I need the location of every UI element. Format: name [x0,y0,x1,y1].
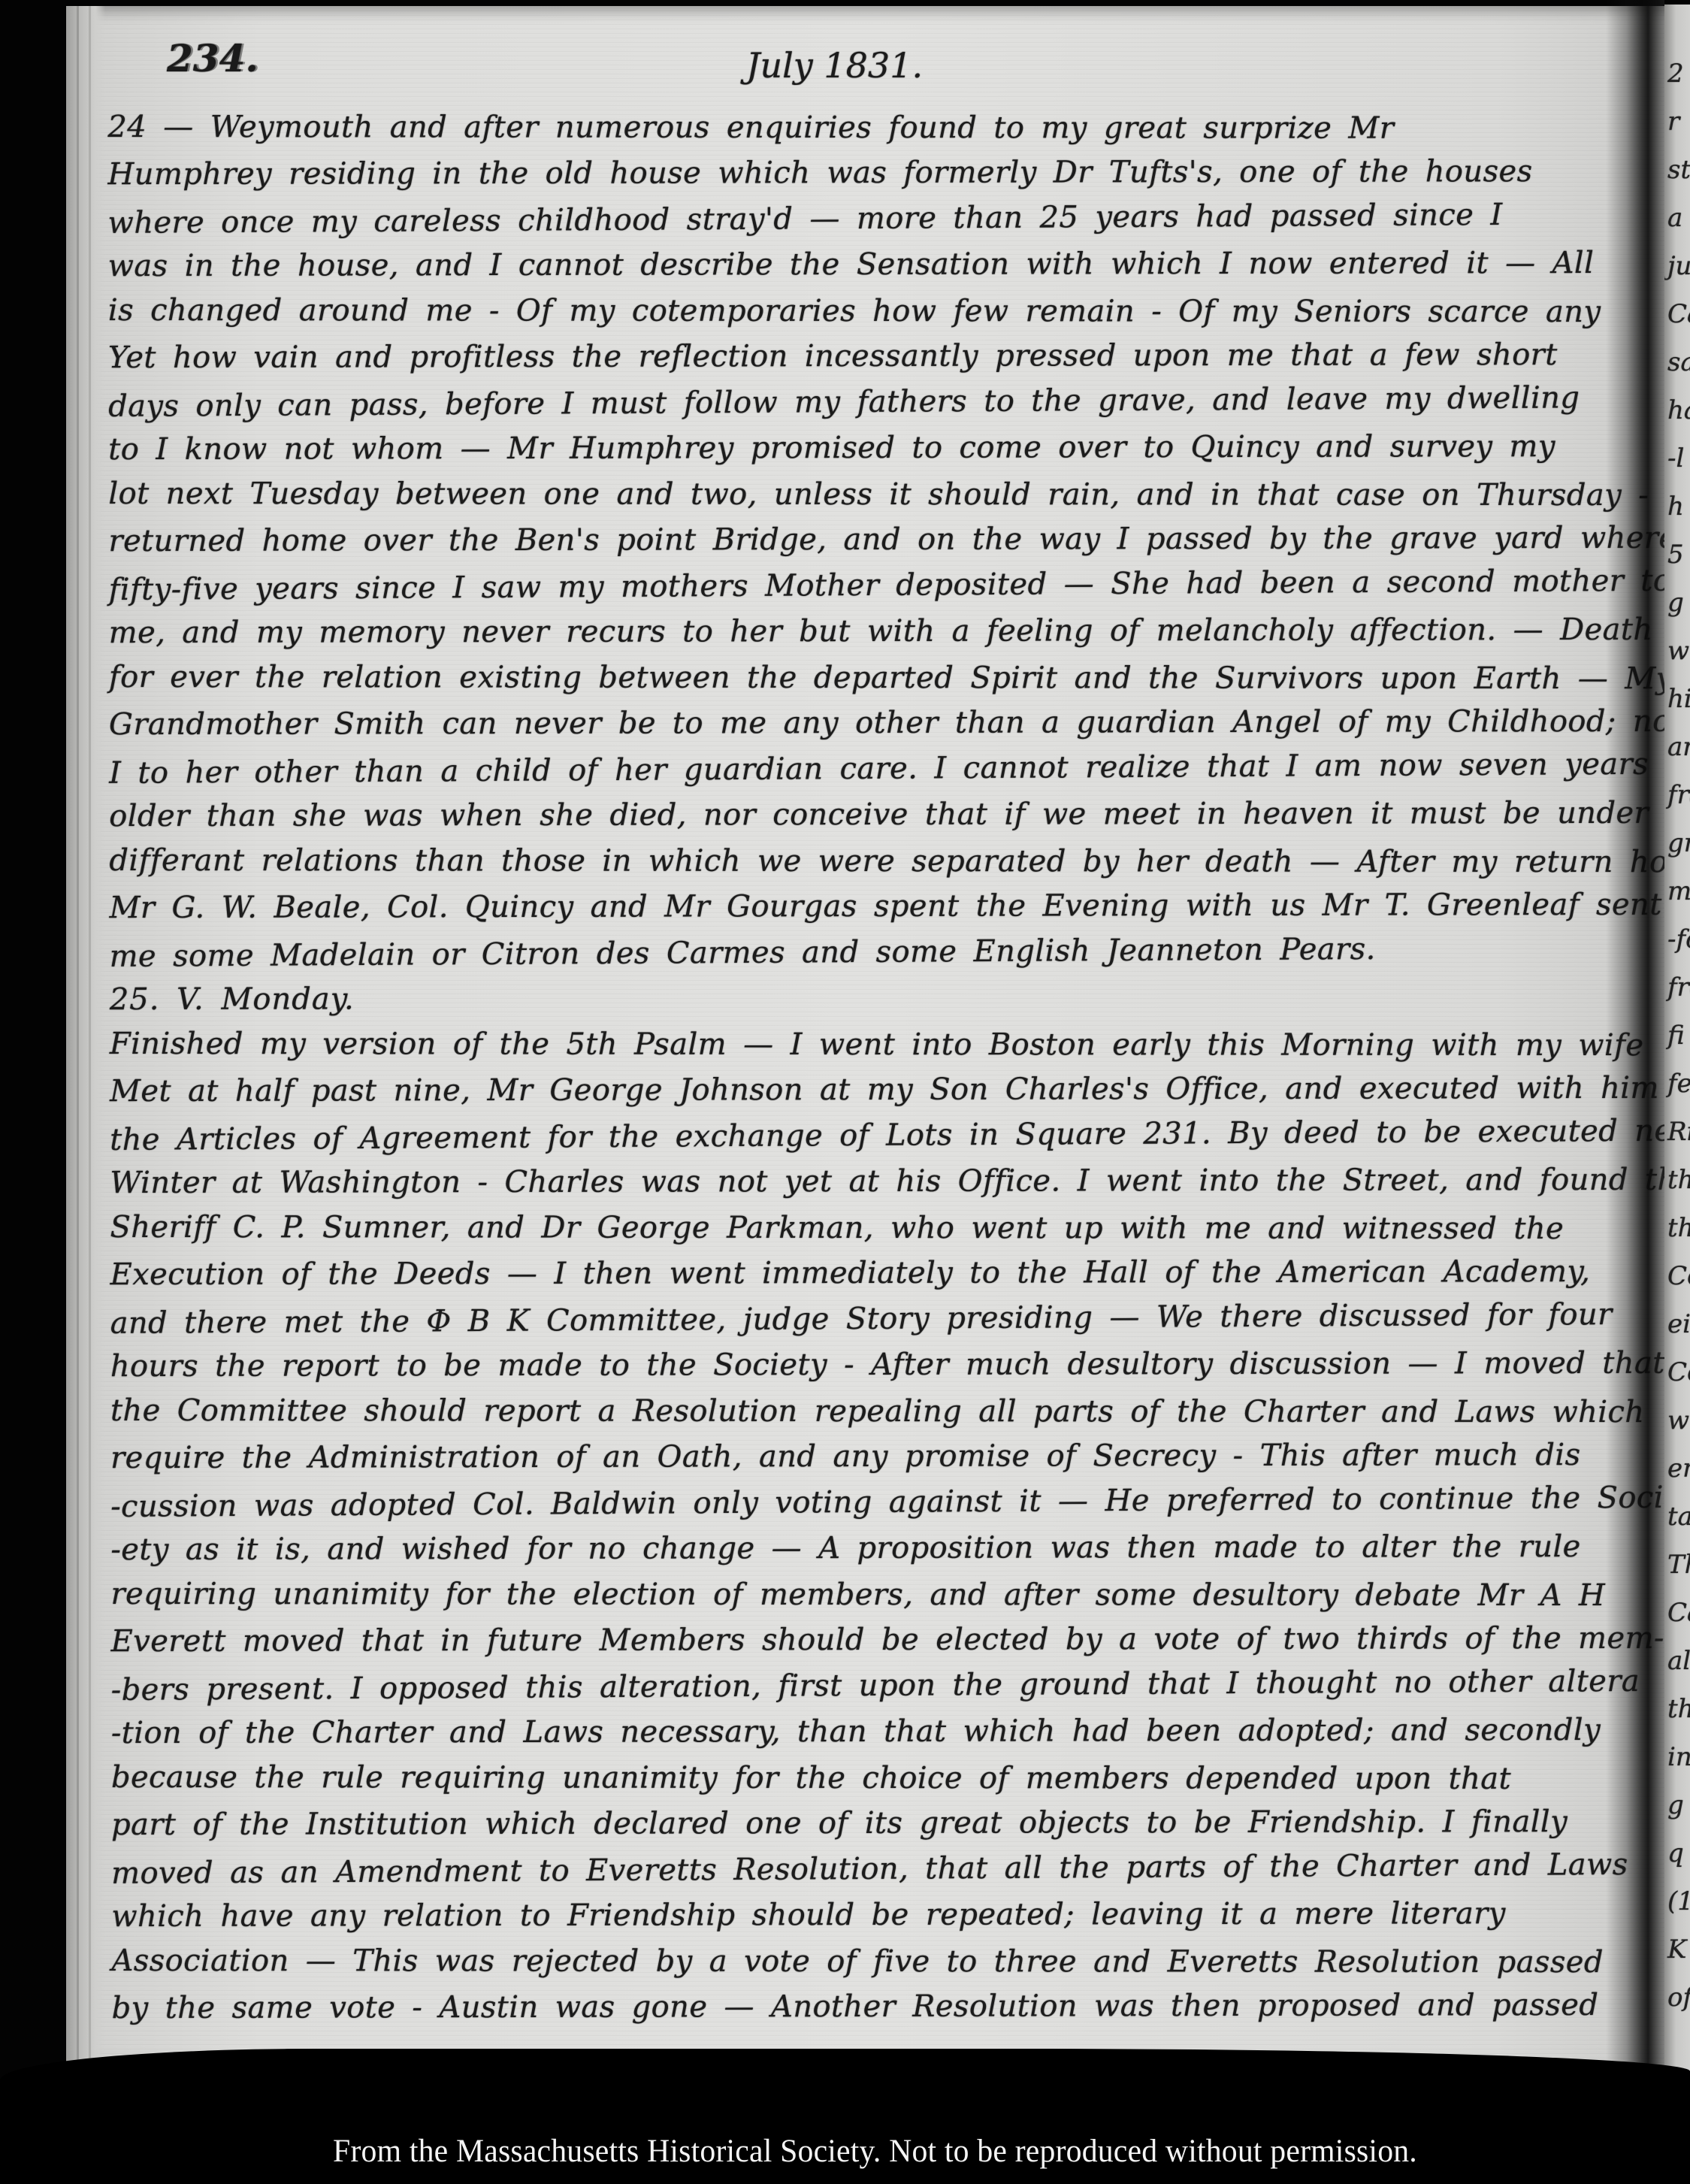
manuscript-line: hours the report to be made to the Socie… [110,1346,1613,1395]
facing-page-text-fragment: g [1667,1790,1690,1838]
facing-page-fragment-column: 2rstajuCasaha-lh5gwhianfragrma-fofrefife… [1667,59,1690,2031]
manuscript-line: by the same vote - Austin was gone — Ano… [112,1988,1615,2037]
manuscript-line: Finished my version of the 5th Psalm — I… [110,1027,1613,1074]
facing-page-text-fragment: g [1667,588,1690,636]
manuscript-line: part of the Institution which declared o… [111,1804,1614,1853]
manuscript-line: to I know not whom — Mr Humphrey promise… [108,429,1611,478]
manuscript-line: because the rule requiring unanimity for… [111,1760,1614,1807]
manuscript-line: lot next Tuesday between one and two, un… [108,476,1611,524]
manuscript-line: fifty-five years since I saw my mothers … [108,564,1611,619]
facing-page-text-fragment: -l [1667,443,1690,492]
manuscript-line: Everett moved that in future Members sho… [111,1621,1614,1670]
month-year-header: July 1831. [746,45,923,86]
facing-page-text-fragment: Co [1667,1357,1690,1405]
facing-page-text-fragment: fi [1667,1021,1690,1069]
facing-page-text-fragment: an [1667,732,1690,780]
facing-page-text-fragment: ta [1667,1502,1690,1550]
facing-page-text-fragment: th [1667,1213,1690,1261]
facing-page-text-fragment: st [1667,155,1690,203]
facing-page-text-fragment: r [1667,107,1690,155]
facing-page-text-fragment: Ce [1667,1261,1690,1309]
facing-page-text-fragment: (1 [1667,1886,1690,1934]
manuscript-line: where once my careless childhood stray'd… [107,197,1610,252]
manuscript-line: -bers present. I opposed this alteration… [111,1664,1614,1719]
manuscript-line: Yet how vain and profitless the reflecti… [108,337,1611,386]
manuscript-line: -ety as it is, and wished for no change … [110,1529,1613,1578]
manuscript-line: Execution of the Deeds — I then went imm… [110,1254,1613,1303]
book-fore-edge [66,6,105,2082]
manuscript-line: is changed around me - Of my cotemporari… [108,293,1611,340]
facing-page-text-fragment: ju [1667,251,1690,299]
manuscript-line: older than she was when she died, nor co… [109,796,1612,845]
manuscript-line: me, and my memory never recurs to her bu… [109,613,1612,661]
facing-page-text-fragment: sa [1667,347,1690,395]
entry-25-heading: 25. V. Monday. [110,979,1613,1028]
manuscript-line: Winter at Washington - Charles was not y… [110,1163,1613,1211]
manuscript-line: I to her other than a child of her guard… [109,747,1612,802]
diary-entry-july-24: 24 — Weymouth and after numerous enquiri… [107,108,1612,982]
manuscript-line: requiring unanimity for the election of … [110,1577,1613,1624]
facing-page-text-fragment: a [1667,203,1690,251]
manuscript-line: Association — This was rejected by a vot… [111,1944,1614,1991]
facing-page-text-fragment: of [1667,1983,1690,2031]
facing-page-text-fragment: fra [1667,780,1690,828]
page-number: 234. [167,36,258,80]
facing-page-text-fragment: w [1667,636,1690,684]
scanned-diary-page: 234. July 1831. 24 — Weymouth and after … [0,0,1690,2184]
manuscript-page: 234. July 1831. 24 — Weymouth and after … [66,6,1690,2082]
facing-page-text-fragment: al [1667,1646,1690,1694]
facing-page-text-fragment: fre [1667,973,1690,1021]
manuscript-text-block: 24 — Weymouth and after numerous enquiri… [107,108,1614,2037]
facing-page-text-fragment: in [1667,1742,1690,1790]
facing-page-text-fragment: w [1667,1405,1690,1453]
manuscript-line: 24 — Weymouth and after numerous enquiri… [107,110,1610,157]
facing-page-text-fragment: th [1667,1694,1690,1742]
facing-page-text-fragment: Ca [1667,299,1690,347]
manuscript-line: days only can pass, before I must follow… [108,380,1611,435]
footer-credit: From the Massachusetts Historical Societ… [85,2133,1666,2170]
facing-page-text-fragment: er [1667,1453,1690,1502]
facing-page-edge: 2rstajuCasaha-lh5gwhianfragrma-fofrefife… [1664,5,1690,2101]
manuscript-line: returned home over the Ben's point Bridg… [108,521,1611,570]
manuscript-line: was in the house, and I cannot describe … [108,246,1611,295]
facing-page-text-fragment: Ri [1667,1117,1690,1165]
facing-page-text-fragment: -fo [1667,924,1690,973]
facing-page-text-fragment: fef [1667,1069,1690,1117]
facing-page-text-fragment: K [1667,1934,1690,1983]
facing-page-text-fragment: gr [1667,828,1690,876]
manuscript-line: Sheriff C. P. Sumner, and Dr George Park… [110,1210,1613,1257]
manuscript-line: the Articles of Agreement for the exchan… [110,1114,1613,1169]
book-gutter-shadow [1606,0,1664,2104]
facing-page-text-fragment: Ca [1667,1598,1690,1646]
manuscript-line: Met at half past nine, Mr George Johnson… [110,1071,1613,1120]
manuscript-line: require the Administration of an Oath, a… [110,1438,1613,1487]
facing-page-text-fragment: q [1667,1838,1690,1886]
manuscript-line: Grandmother Smith can never be to me any… [109,704,1612,753]
manuscript-line: -tion of the Charter and Laws necessary,… [111,1713,1614,1762]
manuscript-line: Humphrey residing in the old house which… [107,154,1610,203]
manuscript-line: differant relations than those in which … [109,843,1612,891]
manuscript-line: me some Madelain or Citron des Carmes an… [110,930,1613,985]
diary-entry-july-25: Finished my version of the 5th Psalm — I… [110,1025,1615,2037]
manuscript-line: and there met the Φ B K Committee, judge… [110,1297,1613,1352]
facing-page-text-fragment: 5 [1667,540,1690,588]
facing-page-text-fragment: ha [1667,395,1690,443]
manuscript-line: which have any relation to Friendship sh… [111,1896,1614,1945]
manuscript-line: -cussion was adopted Col. Baldwin only v… [110,1481,1613,1535]
facing-page-text-fragment: ma [1667,876,1690,924]
manuscript-line: Mr G. W. Beale, Col. Quincy and Mr Gourg… [109,888,1612,936]
facing-page-text-fragment: 2 [1667,59,1690,107]
facing-page-text-fragment: th [1667,1165,1690,1213]
manuscript-line: for ever the relation existing between t… [109,660,1612,707]
manuscript-line: moved as an Amendment to Everetts Resolu… [111,1847,1614,1902]
facing-page-text-fragment: ei [1667,1309,1690,1357]
facing-page-text-fragment: hi [1667,684,1690,732]
facing-page-text-fragment: h [1667,492,1690,540]
manuscript-line: the Committee should report a Resolution… [110,1393,1613,1441]
facing-page-text-fragment: Th [1667,1550,1690,1598]
